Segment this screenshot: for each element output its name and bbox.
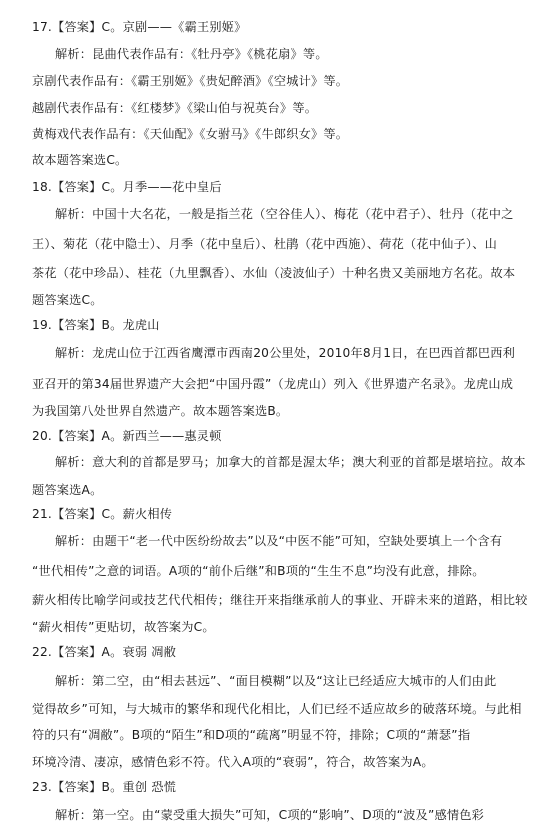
- explanation-line: 符的只有“凋敝”。B项的“陌生”和D项的“疏离”明显不符，排除；C项的“萧瑟”指: [32, 727, 470, 743]
- explanation-line: 王）、菊花（花中隐士）、月季（花中皇后）、杜鹃（花中西施）、荷花（花中仙子）、山: [32, 236, 497, 252]
- explanation-line: 觉得故乡”可知，与大城市的繁华和现代化相比，人们已经不适应故乡的破落环境。与此相: [32, 701, 522, 717]
- answer-heading: 21.【答案】C。薪火相传: [32, 506, 172, 522]
- answer-heading: 19.【答案】B。龙虎山: [32, 317, 160, 333]
- explanation-line: 黄梅戏代表作品有：《天仙配》《女驸马》《牛郎织女》等。: [32, 126, 348, 142]
- explanation-line: 亚召开的第34届世界遗产大会把“中国丹霞”（龙虎山）列入《世界遗产名录》。龙虎山…: [32, 376, 513, 392]
- explanation-line: 解析：中国十大名花，一般是指兰花（空谷佳人）、梅花（花中君子）、牡丹（花中之: [55, 206, 514, 222]
- explanation-line: 解析：第一空。由“蒙受重大损失”可知，C项的“影响”、D项的“波及”感情色彩: [55, 807, 484, 823]
- explanation-line: 薪火相传比喻学问或技艺代代相传；继往开来指继承前人的事业、开辟未来的道路，相比较: [32, 592, 528, 608]
- explanation-line: 解析：第二空，由“相去甚远”、“面目模糊”以及“这让已经适应大城市的人们由此: [55, 673, 496, 689]
- explanation-line: 越剧代表作品有：《红楼梦》《梁山伯与祝英台》等。: [32, 100, 317, 116]
- explanation-line: 题答案选C。: [32, 292, 103, 308]
- explanation-line: 故本题答案选C。: [32, 152, 127, 168]
- explanation-line: 茶花（花中珍品）、桂花（九里飘香）、水仙（凌波仙子）十种名贵又美丽地方名花。故本: [32, 265, 515, 281]
- explanation-line: 题答案选A。: [32, 482, 102, 498]
- explanation-line: 解析：龙虎山位于江西省鹰潭市西南20公里处，2010年8月1日，在巴西首都巴西利: [55, 345, 515, 361]
- explanation-line: “世代相传”之意的词语。A项的“前仆后继”和B项的“生生不息”均没有此意，排除。: [32, 563, 485, 579]
- answer-heading: 23.【答案】B。重创 恐慌: [32, 779, 176, 795]
- explanation-line: “薪火相传”更贴切，故答案为C。: [32, 619, 215, 635]
- explanation-line: 为我国第八处世界自然遗产。故本题答案选B。: [32, 403, 288, 419]
- explanation-line: 解析：意大利的首都是罗马；加拿大的首都是渥太华；澳大利亚的首都是堪培拉。故本: [55, 454, 526, 470]
- answer-heading: 20.【答案】A。新西兰——惠灵顿: [32, 428, 222, 444]
- explanation-line: 京剧代表作品有：《霸王别姬》《贵妃醉酒》《空城计》等。: [32, 73, 348, 89]
- explanation-line: 解析：由题干“老一代中医纷纷故去”以及“中医不能”可知，空缺处要填上一个含有: [55, 533, 502, 549]
- answer-heading: 17.【答案】C。京剧——《霸王别姬》: [32, 19, 247, 35]
- answer-heading: 18.【答案】C。月季——花中皇后: [32, 179, 222, 195]
- answer-heading: 22.【答案】A。衰弱 凋敝: [32, 644, 176, 660]
- explanation-line: 解析：昆曲代表作品有：《牡丹亭》《桃花扇》等。: [55, 46, 328, 62]
- explanation-line: 环境冷清、凄凉，感情色彩不符。代入A项的“衰弱”，符合，故答案为A。: [32, 754, 434, 770]
